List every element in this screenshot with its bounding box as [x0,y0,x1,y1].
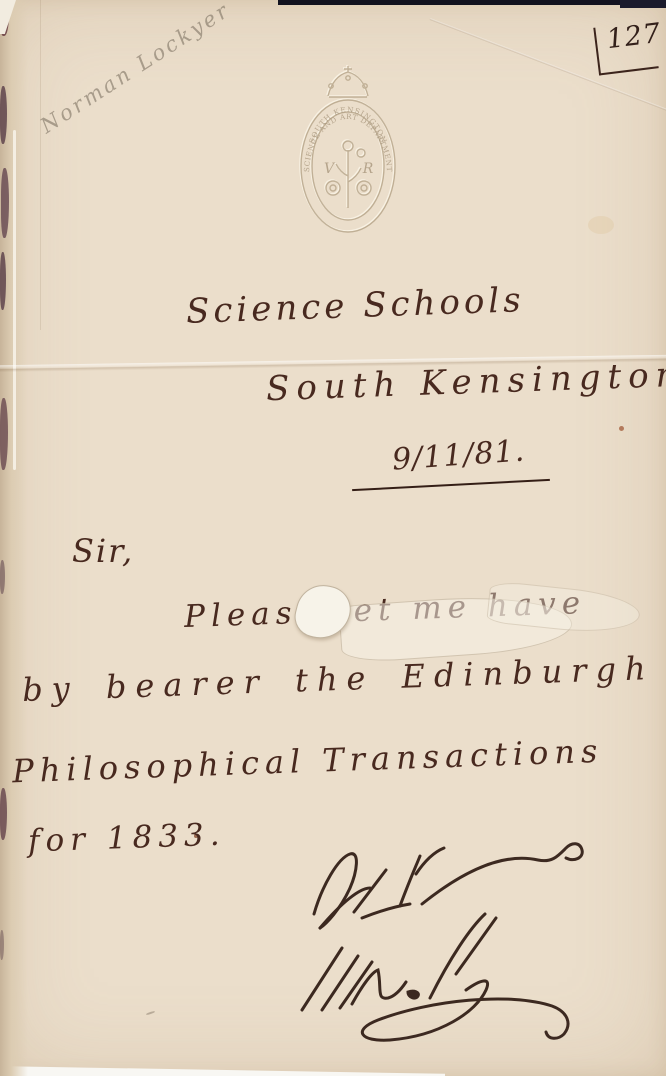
scanner-background-top [278,0,666,5]
embossed-seal: SCIENCE AND ART DEPARTMENT SOUTH KENSING… [285,56,411,240]
vertical-crease [40,0,41,330]
body-line-4: for 1833. [27,817,226,860]
salutation: Sir, [72,532,134,570]
seal-monogram-r: R [362,161,374,177]
folio-number: 127 [605,18,663,55]
seal-floral-stem [336,150,361,208]
age-stain [588,216,614,234]
seal-monogram-v: V [324,161,336,177]
scanner-background-top-right [620,0,666,8]
foxing-spot [619,426,624,431]
scanned-letter-page: SCIENCE AND ART DEPARTMENT SOUTH KENSING… [0,0,666,1076]
signature-scrawl [280,840,600,1060]
left-edge-highlight [13,130,16,470]
folio-bracket: 127 [593,21,658,76]
